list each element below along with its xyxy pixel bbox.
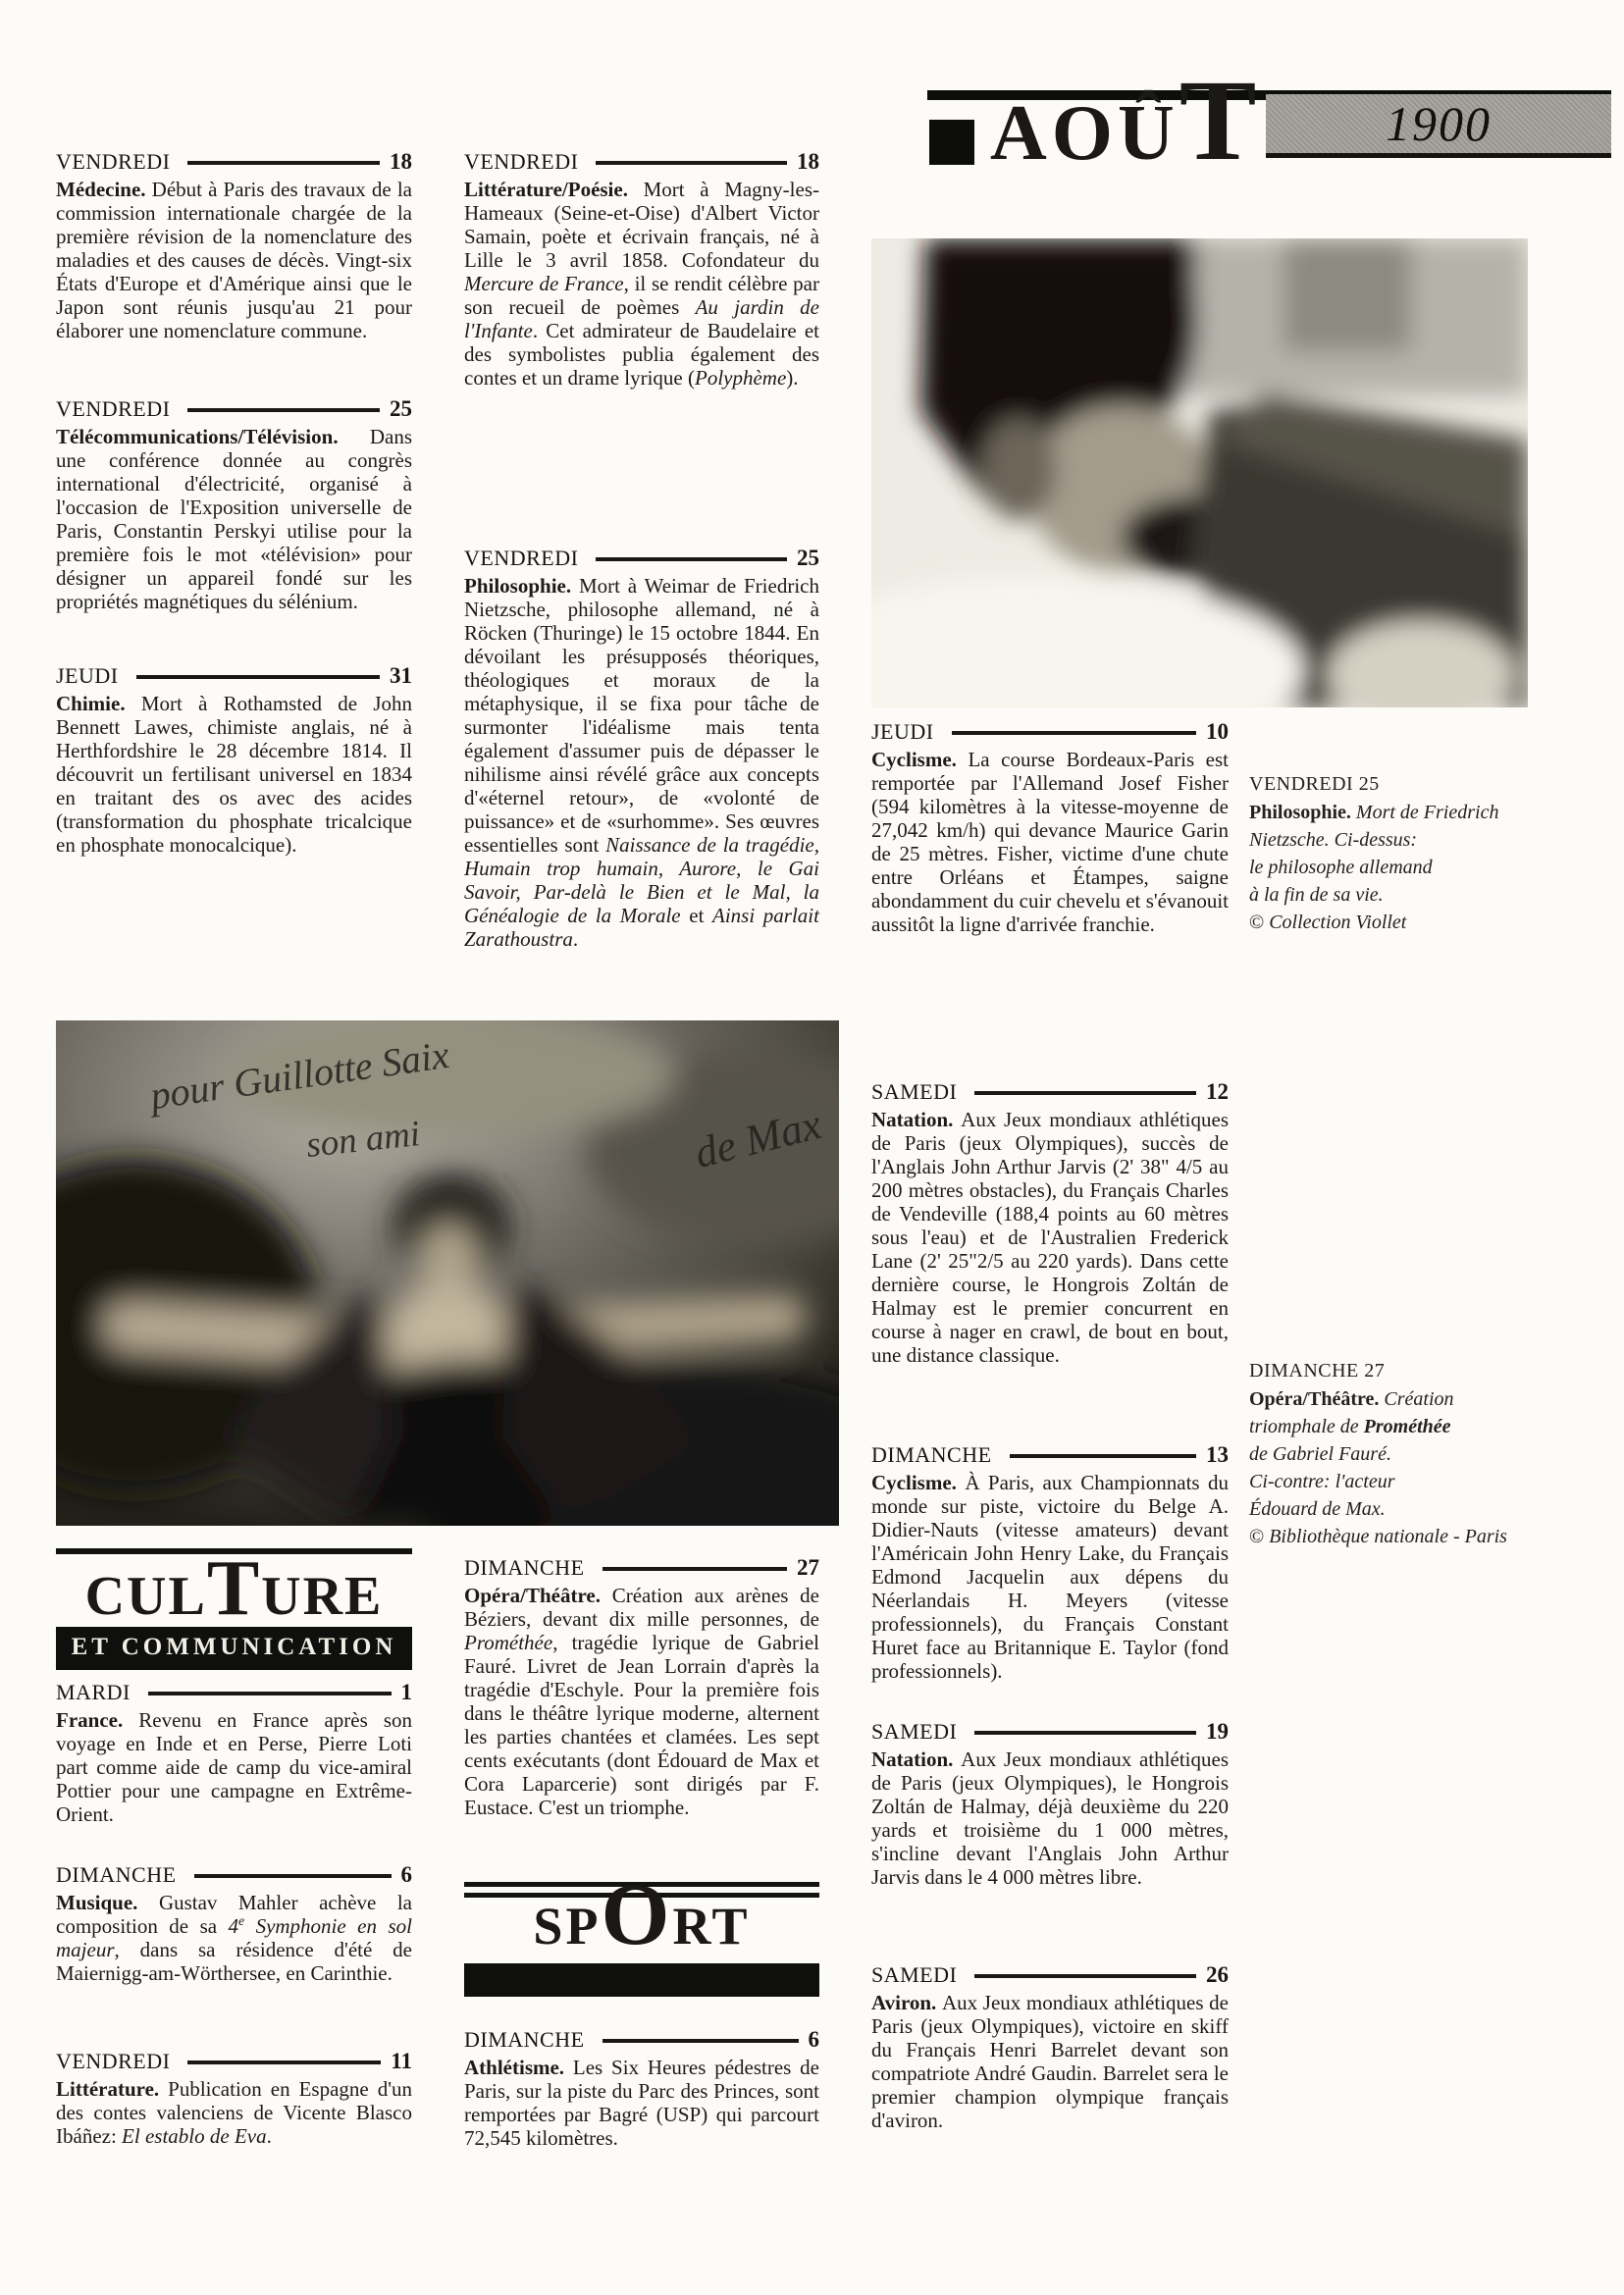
entry-body-athletisme: Athlétisme. Les Six Heures pédestres de … [464, 2056, 819, 2150]
header-rule-line [974, 1091, 1196, 1095]
header-rule-line [596, 161, 787, 165]
entry-body-cyclisme-10: Cyclisme. La course Bordeaux-Paris est r… [871, 748, 1229, 936]
day-label: DIMANCHE [56, 1862, 177, 1888]
header-rule-line [602, 1567, 787, 1571]
caption-text: Philosophie. Mort de FriedrichNietzsche.… [1249, 802, 1498, 933]
entry-body-medecine: Médecine. Début à Paris des travaux de l… [56, 178, 412, 342]
entry-header-opera-theatre: DIMANCHE27 [464, 1555, 819, 1581]
nietzsche-photo-art [871, 238, 1528, 707]
entry-header-litterature: VENDREDI11 [56, 2049, 412, 2074]
caption-day-line: VENDREDI 25 [1249, 770, 1573, 798]
day-number: 11 [391, 2049, 412, 2074]
nietzsche-photo-caption: VENDREDI 25 Philosophie. Mort de Friedri… [1249, 770, 1573, 936]
caption-day-line: DIMANCHE 27 [1249, 1357, 1583, 1384]
header-rule-line [596, 557, 787, 561]
sport-black-bar [464, 1963, 819, 1997]
culture-subtitle-bar: ET COMMUNICATION [56, 1627, 412, 1670]
day-number: 6 [809, 2027, 820, 2053]
culture-title-bigT: T [207, 1545, 261, 1632]
day-label: SAMEDI [871, 1079, 957, 1105]
header-rule-line [187, 2060, 381, 2064]
day-label: DIMANCHE [871, 1442, 992, 1468]
entry-header-natation-12: SAMEDI12 [871, 1079, 1229, 1105]
day-label: JEUDI [56, 663, 119, 689]
culture-section-header: CULTURE ET COMMUNICATION [56, 1548, 412, 1670]
header-rule-line [136, 675, 380, 679]
nietzsche-photo [871, 238, 1528, 707]
entry-header-litterature-poesie: VENDREDI18 [464, 149, 819, 175]
entry-header-france: MARDI1 [56, 1680, 412, 1705]
day-label: JEUDI [871, 719, 934, 745]
month-title: AOÛT [990, 81, 1257, 173]
entry-body-litterature-poesie: Littérature/Poésie. Mort à Magny-les-Ham… [464, 178, 819, 390]
day-number: 18 [390, 149, 412, 175]
day-number: 1 [401, 1680, 413, 1705]
day-label: VENDREDI [464, 149, 578, 175]
entry-body-litterature: Littérature. Publication en Espagne d'un… [56, 2077, 412, 2148]
day-label: SAMEDI [871, 1719, 957, 1745]
year-label: 1900 [1386, 95, 1492, 152]
header-rule-line [194, 1874, 392, 1878]
header-rule-line [952, 731, 1196, 735]
header-rule-line [974, 1731, 1196, 1735]
entry-header-philosophie: VENDREDI25 [464, 546, 819, 571]
entry-header-aviron: SAMEDI26 [871, 1962, 1229, 1988]
promethee-photo-caption: DIMANCHE 27 Opéra/Théâtre. Créationtriom… [1249, 1357, 1583, 1550]
day-number: 26 [1206, 1962, 1229, 1988]
header-rule-line [974, 1974, 1196, 1978]
entry-header-telecommunications: VENDREDI25 [56, 396, 412, 422]
month-header: AOÛT [929, 71, 1257, 173]
day-label: DIMANCHE [464, 1555, 585, 1581]
promethee-photo: pour Guillotte Saix son ami de Max [56, 1020, 839, 1526]
entry-header-musique: DIMANCHE6 [56, 1862, 412, 1888]
month-title-pre: AOÛ [990, 90, 1179, 177]
day-number: 25 [390, 396, 412, 422]
day-number: 13 [1206, 1442, 1229, 1468]
day-number: 19 [1206, 1719, 1229, 1745]
entry-body-philosophie: Philosophie. Mort à Weimar de Friedrich … [464, 574, 819, 951]
scanned-book-page: AOÛT 1900 VENDREDI18 Médecine. Début à P… [0, 0, 1624, 2295]
header-rule-line [602, 2039, 799, 2043]
culture-title-post: URE [261, 1566, 383, 1627]
sport-title-pre: SP [533, 1897, 601, 1956]
header-rule-line [1010, 1454, 1196, 1458]
entry-body-chimie: Chimie. Mort à Rothamsted de John Bennet… [56, 692, 412, 857]
sport-section-header: SPORT [464, 1880, 819, 1997]
header-rule-line [148, 1692, 392, 1695]
header-rule-line [187, 408, 380, 412]
day-number: 6 [401, 1862, 413, 1888]
entry-header-athletisme: DIMANCHE6 [464, 2027, 819, 2053]
day-label: MARDI [56, 1680, 131, 1705]
day-label: SAMEDI [871, 1962, 957, 1988]
day-number: 25 [797, 546, 819, 571]
sport-title-post: RT [672, 1897, 750, 1956]
year-badge: 1900 [1266, 94, 1611, 158]
entry-header-medecine: VENDREDI18 [56, 149, 412, 175]
sport-title: SPORT [464, 1880, 819, 1961]
entry-body-telecommunications: Télécommunications/Télévision. Dans une … [56, 425, 412, 613]
culture-title-pre: CUL [85, 1566, 207, 1627]
day-number: 31 [390, 663, 412, 689]
caption-text: Opéra/Théâtre. Créationtriomphale de Pro… [1249, 1388, 1507, 1547]
entry-header-cyclisme-10: JEUDI10 [871, 719, 1229, 745]
entry-body-natation-12: Natation. Aux Jeux mondiaux athlétiques … [871, 1108, 1229, 1367]
entry-body-natation-19: Natation. Aux Jeux mondiaux athlétiques … [871, 1747, 1229, 1889]
entry-body-cyclisme-13: Cyclisme. À Paris, aux Championnats du m… [871, 1471, 1229, 1683]
header-rule-line [187, 161, 380, 165]
black-square-icon [929, 120, 974, 165]
day-number: 12 [1206, 1079, 1229, 1105]
day-number: 18 [797, 149, 819, 175]
day-label: VENDREDI [56, 396, 170, 422]
entry-header-chimie: JEUDI31 [56, 663, 412, 689]
entry-body-aviron: Aviron. Aux Jeux mondiaux athlétiques de… [871, 1991, 1229, 2132]
month-title-bigT: T [1179, 56, 1257, 184]
culture-title: CULTURE [56, 1558, 412, 1627]
entry-body-france: France. Revenu en France après son voyag… [56, 1708, 412, 1826]
day-number: 10 [1206, 719, 1229, 745]
entry-body-opera-theatre: Opéra/Théâtre. Création aux arènes de Bé… [464, 1584, 819, 1819]
entry-body-musique: Musique. Gustav Mahler achève la composi… [56, 1891, 412, 1985]
day-label: VENDREDI [56, 149, 170, 175]
day-label: DIMANCHE [464, 2027, 585, 2053]
day-number: 27 [797, 1555, 819, 1581]
entry-header-cyclisme-13: DIMANCHE13 [871, 1442, 1229, 1468]
sport-title-bigO: O [601, 1866, 672, 1963]
entry-header-natation-19: SAMEDI19 [871, 1719, 1229, 1745]
day-label: VENDREDI [464, 546, 578, 571]
day-label: VENDREDI [56, 2049, 170, 2074]
